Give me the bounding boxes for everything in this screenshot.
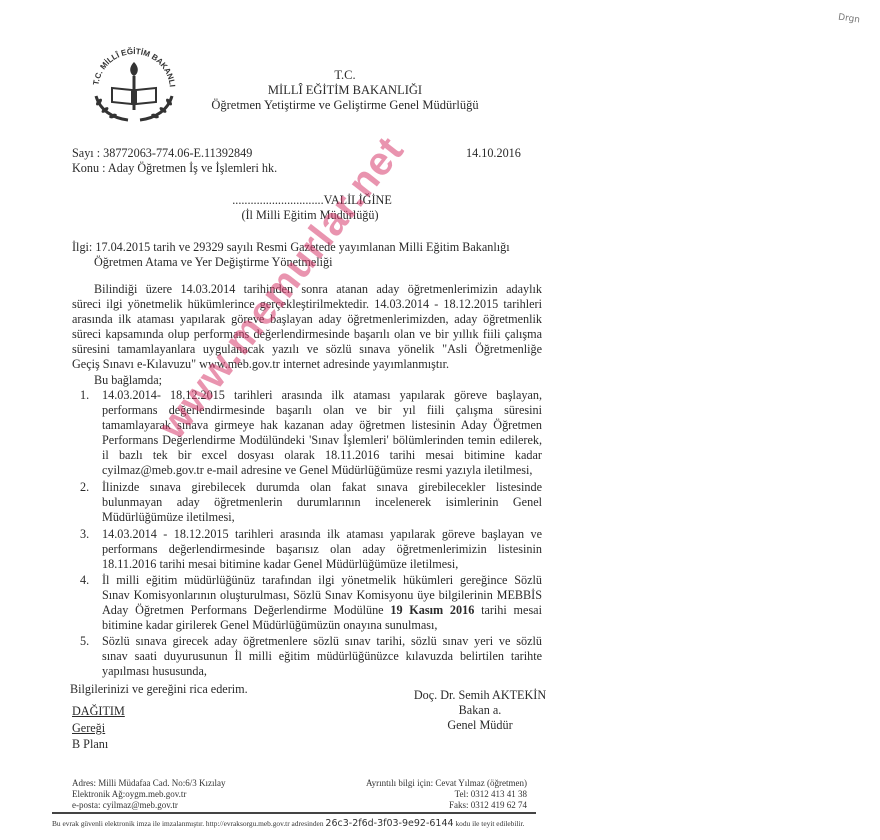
- footer-address: Adres: Milli Müdafaa Cad. No:6/3 Kızılay: [72, 778, 225, 790]
- item-line: 18.11.2016 tarihi mesai bitimine kadar G…: [102, 557, 542, 572]
- header-tc: T.C.: [0, 68, 690, 83]
- item-line: İl milli eğitim müdürlüğünüz tarafından …: [102, 573, 542, 588]
- footer-fax: Faks: 0312 419 62 74: [360, 800, 527, 812]
- footer-email: e-posta: cyilmaz@meb.gov.tr: [72, 800, 178, 812]
- item-number: 5.: [80, 634, 89, 649]
- item-line: yapılması hususunda,: [102, 664, 542, 679]
- footer-divider: [52, 812, 536, 814]
- footer-contact: Ayrıntılı bilgi için: Cevat Yılmaz (öğre…: [360, 778, 527, 790]
- list-item: 3. 14.03.2014 - 18.12.2015 tarihleri ara…: [80, 527, 542, 572]
- item-line: 14.03.2014 - 18.12.2015 tarihleri arasın…: [102, 527, 542, 542]
- list-item: 5. Sözlü sınava girecek aday öğretmenler…: [80, 634, 542, 679]
- document-number: Sayı : 38772063-774.06-E.11392849: [72, 146, 252, 161]
- document-date: 14.10.2016: [466, 146, 521, 161]
- addressee-line1: ..............................VALİLİĞİNE: [0, 193, 624, 208]
- body-paragraph: Bilindiği üzere 14.03.2014 tarihinden so…: [72, 282, 542, 373]
- item-line: Sınav Komisyonlarının oluşturulması, Söz…: [102, 588, 542, 603]
- item-number: 1.: [80, 388, 89, 403]
- handwritten-note: Drgn: [837, 13, 860, 26]
- document-subject: Konu : Aday Öğretmen İş ve İşlemleri hk.: [72, 161, 277, 176]
- signatory-position: Genel Müdür: [400, 718, 560, 733]
- item-line: Müdürlüğümüze iletilmesi,: [102, 510, 542, 525]
- signatory-name: Doç. Dr. Semih AKTEKİN: [400, 688, 560, 703]
- paragraph-line: Geçiş Sınavı e-Kılavuzu" www.meb.gov.tr …: [72, 357, 542, 372]
- item-line: performans değerlendirmesinde başarısız …: [102, 542, 542, 557]
- header-directorate: Öğretmen Yetiştirme ve Geliştirme Genel …: [0, 98, 690, 113]
- closing-sentence: Bilgilerinizi ve gereğini rica ederim.: [70, 682, 248, 697]
- paragraph-line: süreci ilgi yönetmelik hükümlerince gerç…: [72, 297, 542, 312]
- item-line: bitimine kadar girilerek Genel Müdürlüğü…: [102, 618, 542, 633]
- paragraph-line: süresini tamamlayanlara uygulanacak yazı…: [72, 342, 542, 357]
- paragraph-line: arasında ilk ataması yapılarak göreve ba…: [72, 312, 542, 327]
- paragraph-line: süreci kapsamında olup performans değerl…: [72, 327, 542, 342]
- item-line: Sözlü sınava girecek aday öğretmenlere s…: [102, 634, 542, 649]
- header-ministry: MİLLÎ EĞİTİM BAKANLIĞI: [0, 83, 690, 98]
- distribution-heading: DAĞITIM: [72, 704, 125, 719]
- e-signature-notice: Bu evrak güvenli elektronik imza ile imz…: [52, 818, 524, 829]
- item-number: 3.: [80, 527, 89, 542]
- verification-code: 26c3-2f6d-3f03-9e92-6144: [325, 818, 453, 829]
- item-line: cyilmaz@meb.gov.tr e-mail adresine ve Ge…: [102, 463, 542, 478]
- list-item: 2. İlinizde sınava girebilecek durumda o…: [80, 480, 542, 525]
- item-line: bulunmayan aday öğretmenlerin durumların…: [102, 495, 542, 510]
- item-line: Aday Öğretmen Performans Değerlendirme M…: [102, 603, 542, 618]
- distribution-recipient: B Planı: [72, 737, 108, 752]
- item-line: il bazlı tek bir excel dosyası olarak 18…: [102, 448, 542, 463]
- item-number: 4.: [80, 573, 89, 588]
- item-number: 2.: [80, 480, 89, 495]
- signatory-title: Bakan a.: [400, 703, 560, 718]
- list-item: 4. İl milli eğitim müdürlüğünüz tarafınd…: [80, 573, 542, 633]
- item-line: Performans Değerlendirme Modülündeki 'Sı…: [102, 433, 542, 448]
- footer-phone: Tel: 0312 413 41 38: [360, 789, 527, 801]
- distribution-action: Gereği: [72, 721, 105, 736]
- item-line: sınav saati duyurusunun İl milli eğitim …: [102, 649, 542, 664]
- item-line: İlinizde sınava girebilecek durumda olan…: [102, 480, 542, 495]
- context-label: Bu bağlamda;: [94, 373, 162, 388]
- deadline-date: 19 Kasım 2016: [390, 603, 474, 617]
- list-item: 1. 14.03.2014- 18.12.2015 tarihleri aras…: [80, 388, 542, 479]
- footer-website: Elektronik Ağ:oygm.meb.gov.tr: [72, 789, 186, 801]
